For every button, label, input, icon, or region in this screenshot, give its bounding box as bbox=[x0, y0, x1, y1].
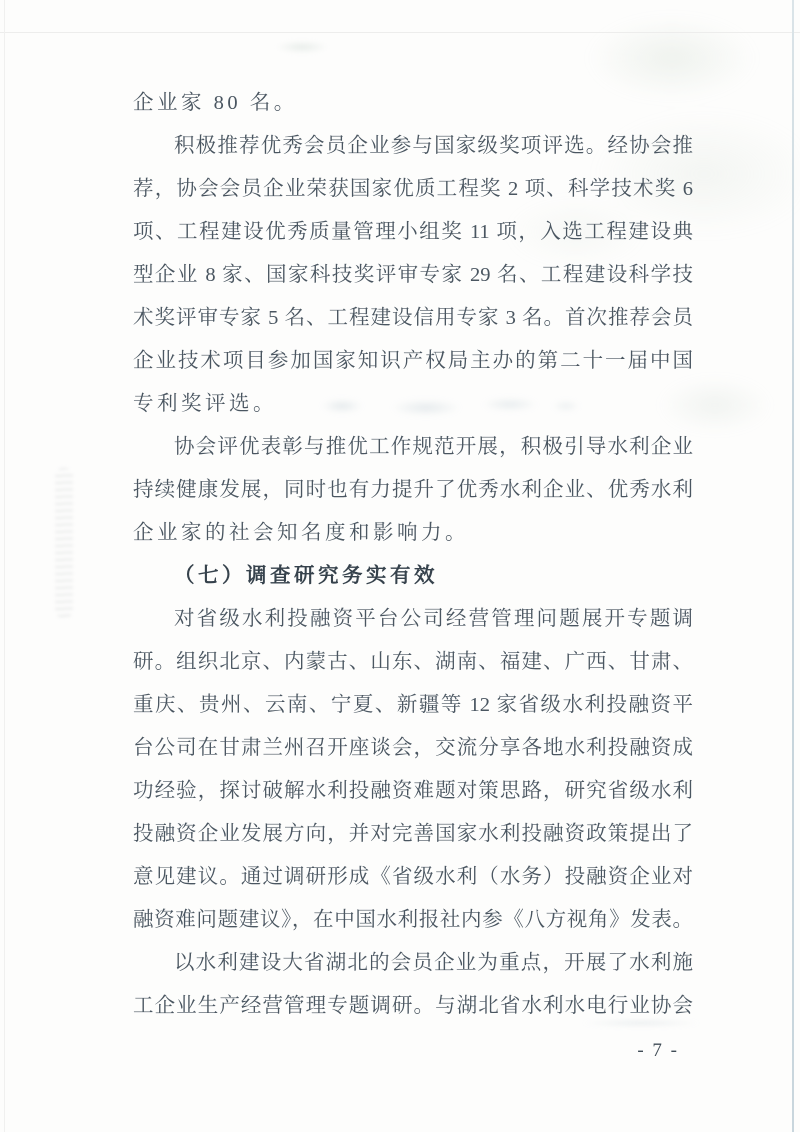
text-line: 协会评优表彰与推优工作规范开展，积极引导水利企业 bbox=[133, 426, 693, 469]
text-line: 专利奖评选。 bbox=[133, 383, 693, 426]
text-line: 型企业 8 家、国家科技奖评审专家 29 名、工程建设科学技 bbox=[133, 254, 693, 297]
text-line: 工企业生产经营管理专题调研。与湖北省水利水电行业协会 bbox=[133, 985, 693, 1028]
text-line: 研。组织北京、内蒙古、山东、湖南、福建、广西、甘肃、 bbox=[133, 641, 693, 684]
text-line: 融资难问题建议》，在中国水利报社内参《八方视角》发表。 bbox=[133, 899, 693, 942]
text-line: 意见建议。通过调研形成《省级水利（水务）投融资企业对 bbox=[133, 856, 693, 899]
text-line: 荐，协会会员企业荣获国家优质工程奖 2 项、科学技术奖 6 bbox=[133, 168, 693, 211]
text-block: 企业家 80 名。积极推荐优秀会员企业参与国家级奖项评选。经协会推荐，协会会员企… bbox=[133, 82, 693, 1028]
section-heading: （七）调查研究务实有效 bbox=[133, 555, 693, 598]
text-line: 对省级水利投融资平台公司经营管理问题展开专题调 bbox=[133, 598, 693, 641]
text-line: 积极推荐优秀会员企业参与国家级奖项评选。经协会推 bbox=[133, 125, 693, 168]
scan-edge-left-line bbox=[4, 0, 5, 1132]
page-number: - 7 - bbox=[133, 1036, 693, 1066]
text-line: 投融资企业发展方向，并对完善国家水利投融资政策提出了 bbox=[133, 813, 693, 856]
scan-artifact-smudge-left bbox=[55, 468, 73, 618]
text-line: 持续健康发展，同时也有力提升了优秀水利企业、优秀水利 bbox=[133, 469, 693, 512]
text-line: 术奖评审专家 5 名、工程建设信用专家 3 名。首次推荐会员 bbox=[133, 297, 693, 340]
scan-artifact-bleedthrough-top bbox=[262, 36, 342, 58]
document-page: 企业家 80 名。积极推荐优秀会员企业参与国家级奖项评选。经协会推荐，协会会员企… bbox=[0, 0, 800, 1132]
text-line: 以水利建设大省湖北的会员企业为重点，开展了水利施 bbox=[133, 942, 693, 985]
text-line: 台公司在甘肃兰州召开座谈会，交流分享各地水利投融资成 bbox=[133, 727, 693, 770]
scan-edge-right-line bbox=[792, 0, 794, 1132]
text-line: 重庆、贵州、云南、宁夏、新疆等 12 家省级水利投融资平 bbox=[133, 684, 693, 727]
scan-edge-top-line bbox=[0, 32, 800, 33]
text-line: 企业家 80 名。 bbox=[133, 82, 693, 125]
text-line: 项、工程建设优秀质量管理小组奖 11 项，入选工程建设典 bbox=[133, 211, 693, 254]
text-line: 企业家的社会知名度和影响力。 bbox=[133, 512, 693, 555]
text-line: 功经验，探讨破解水利投融资难题对策思路，研究省级水利 bbox=[133, 770, 693, 813]
text-line: 企业技术项目参加国家知识产权局主办的第二十一届中国 bbox=[133, 340, 693, 383]
